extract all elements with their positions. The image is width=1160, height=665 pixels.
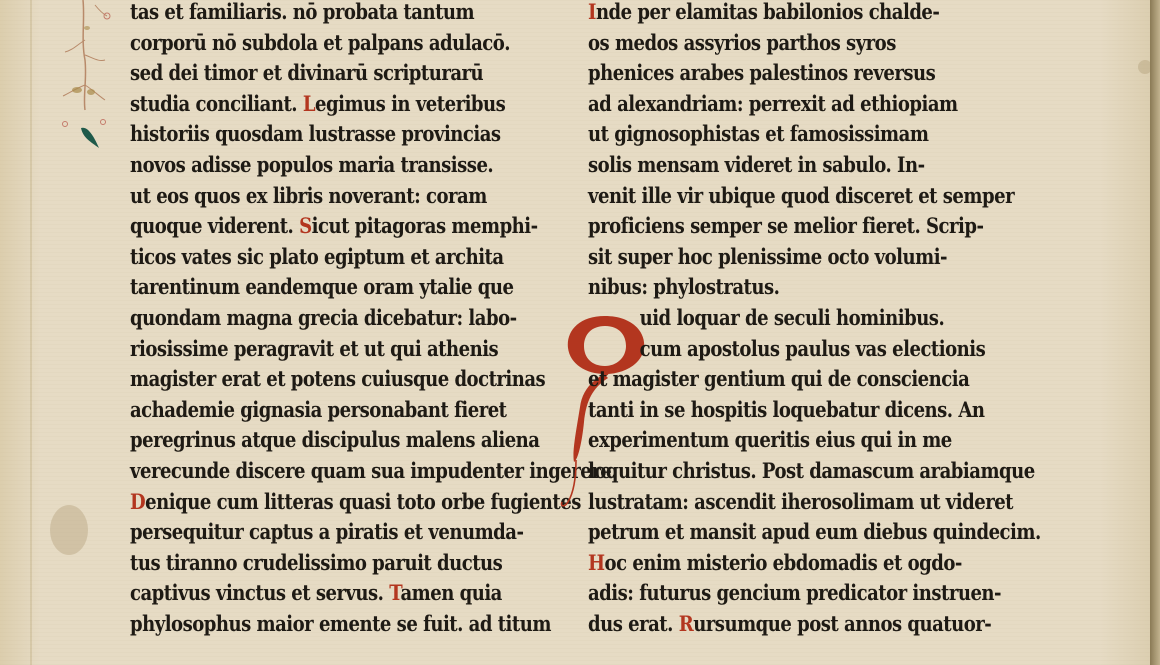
text-segment: enique cum litteras quasi toto orbe fugi…	[145, 489, 581, 514]
margin-vine-ornament	[55, 0, 125, 150]
text-line: studia conciliant. Legimus in veteribus	[130, 89, 465, 120]
text-line: ut gignosophistas et famosissimam	[588, 119, 923, 150]
text-segment: dus erat.	[588, 611, 673, 636]
text-line: proficiens semper se melior fieret. Scri…	[588, 211, 923, 242]
rubricated-letter: H	[588, 550, 605, 575]
text-segment: nde per elamitas babilonios chalde-	[596, 0, 939, 24]
text-segment: studia conciliant.	[130, 91, 297, 116]
text-segment: oc enim misterio ebdomadis et ogdo-	[605, 550, 962, 575]
text-line: cum apostolus paulus vas electionis	[588, 334, 923, 365]
text-line: quondam magna grecia dicebatur: labo-	[130, 303, 465, 334]
text-line: tanti in se hospitis loquebatur dicens. …	[588, 395, 923, 426]
text-line: ticos vates sic plato egiptum et archita	[130, 242, 465, 273]
text-line: peregrinus atque discipulus malens alien…	[130, 425, 465, 456]
text-line: Hoc enim misterio ebdomadis et ogdo-	[588, 548, 923, 579]
text-line: sed dei timor et divinarū scripturarū	[130, 58, 465, 89]
rubricated-letter: T	[389, 580, 400, 605]
text-line: phenices arabes palestinos reversus	[588, 58, 923, 89]
text-line: tas et familiaris. nō probata tantum	[130, 0, 465, 28]
text-line: experimentum queritis eius qui in me	[588, 425, 923, 456]
text-line: achademie gignasia personabant fieret	[130, 395, 465, 426]
text-line: lustratam: ascendit iherosolimam ut vide…	[588, 487, 923, 518]
text-line: loquitur christus. Post damascum arabiam…	[588, 456, 923, 487]
text-line: tarentinum eandemque oram ytalie que	[130, 272, 465, 303]
text-line: adis: futurus gencium predicator instrue…	[588, 578, 923, 609]
text-line: quoque viderent. Sicut pitagoras memphi-	[130, 211, 465, 242]
text-segment: quoque viderent.	[130, 213, 293, 238]
rubricated-letter: L	[303, 91, 315, 116]
text-line: ad alexandriam: perrexit ad ethiopiam	[588, 89, 923, 120]
left-text-column: tas et familiaris. nō probata tantum cor…	[130, 0, 520, 639]
text-line: nibus: phylostratus.	[588, 272, 923, 303]
text-line: novos adisse populos maria transisse.	[130, 150, 465, 181]
fold-line	[30, 0, 32, 665]
text-line: petrum et mansit apud eum diebus quindec…	[588, 517, 923, 548]
text-line: sit super hoc plenissime octo volumi-	[588, 242, 923, 273]
text-line: tus tiranno crudelissimo paruit ductus	[130, 548, 465, 579]
right-text-column: Inde per elamitas babilonios chalde- os …	[588, 0, 978, 639]
text-line: dus erat. Rursumque post annos quatuor-	[588, 609, 923, 640]
text-line: solis mensam videret in sabulo. In-	[588, 150, 923, 181]
rubricated-letter: D	[130, 489, 145, 514]
text-line: phylosophus maior emente se fuit. ad tit…	[130, 609, 465, 640]
text-line: Denique cum litteras quasi toto orbe fug…	[130, 487, 465, 518]
page-edge-shadow	[1150, 0, 1160, 665]
text-line: riosissime peragravit et ut qui athenis	[130, 334, 465, 365]
text-segment: captivus vinctus et servus.	[130, 580, 383, 605]
text-segment: ursumque post annos quatuor-	[693, 611, 991, 636]
text-segment: amen quia	[400, 580, 501, 605]
text-line: persequitur captus a piratis et venumda-	[130, 517, 465, 548]
manuscript-page: tas et familiaris. nō probata tantum cor…	[0, 0, 1150, 665]
text-line: verecunde discere quam sua impudenter in…	[130, 456, 465, 487]
text-line: magister erat et potens cuiusque doctrin…	[130, 364, 465, 395]
text-line: os medos assyrios parthos syros	[588, 28, 923, 59]
rubricated-letter: R	[679, 611, 693, 636]
text-line: ut eos quos ex libris noverant: coram	[130, 181, 465, 212]
text-line: captivus vinctus et servus. Tamen quia	[130, 578, 465, 609]
text-segment: icut pitagoras memphi-	[312, 213, 538, 238]
text-line: venit ille vir ubique quod disceret et s…	[588, 181, 923, 212]
text-line: corporū nō subdola et palpans adulacō.	[130, 28, 465, 59]
paper-stain	[50, 505, 88, 555]
text-line: uid loquar de seculi hominibus.	[588, 303, 923, 334]
text-line: Inde per elamitas babilonios chalde-	[588, 0, 923, 28]
rubricated-letter: S	[299, 213, 312, 238]
paper-stain	[1138, 60, 1150, 74]
text-line: historiis quosdam lustrasse provincias	[130, 119, 465, 150]
text-segment: egimus in veteribus	[315, 91, 505, 116]
text-line: et magister gentium qui de consciencia	[588, 364, 923, 395]
